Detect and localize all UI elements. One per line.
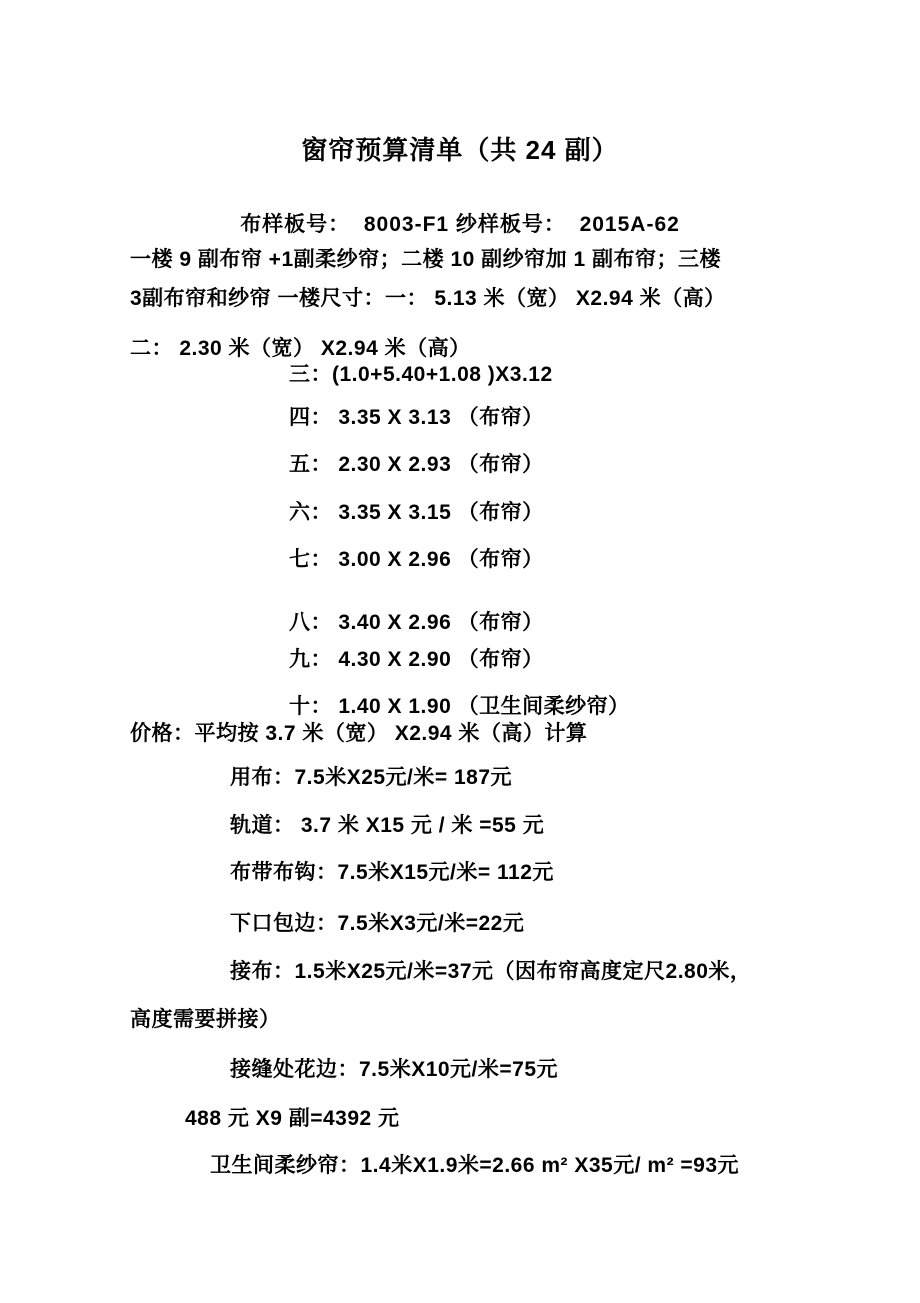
overview-line-1: 一楼 9 副布帘 +1副柔纱帘；二楼 10 副纱帘加 1 副布帘；三楼 [130,247,721,272]
overview-line-2: 3副布帘和纱帘 一楼尺寸：一： 5.13 米（宽） X2.94 米（高） [130,286,726,311]
price-bathroom-sheer: 卫生间柔纱帘：1.4米X1.9米=2.66 m² X35元/ m² =93元 [210,1153,739,1178]
price-section-header: 价格：平均按 3.7 米（宽） X2.94 米（高）计算 [130,721,587,746]
size-item-3: 三：(1.0+5.40+1.08 )X3.12 [289,362,553,387]
size-item-8: 八： 3.40 X 2.96 （布帘） [289,610,544,635]
page-title: 窗帘预算清单（共 24 副） [0,130,920,167]
price-tape-hooks: 布带布钩：7.5米X15元/米= 112元 [230,860,554,885]
size-item-6: 六： 3.35 X 3.15 （布帘） [289,500,544,525]
price-fabric: 用布：7.5米X25元/米= 187元 [230,765,512,790]
size-item-7: 七： 3.00 X 2.96 （布帘） [289,547,544,572]
size-item-2: 二： 2.30 米（宽） X2.94 米（高） [130,336,471,361]
price-joining-continued: 高度需要拼接） [130,1007,281,1032]
size-item-10: 十： 1.40 X 1.90 （卫生间柔纱帘） [289,694,630,719]
price-track: 轨道： 3.7 米 X15 元 / 米 =55 元 [230,813,544,838]
sample-board-numbers: 布样板号： 8003-F1 纱样板号： 2015A-62 [0,208,920,238]
document-page: 窗帘预算清单（共 24 副） 布样板号： 8003-F1 纱样板号： 2015A… [0,0,920,1303]
price-joining: 接布：1.5米X25元/米=37元（因布帘高度定尺2.80米， [230,959,751,984]
price-subtotal: 488 元 X9 副=4392 元 [185,1106,400,1131]
size-item-5: 五： 2.30 X 2.93 （布帘） [289,452,544,477]
size-item-4: 四： 3.35 X 3.13 （布帘） [289,405,544,430]
size-item-9: 九： 4.30 X 2.90 （布帘） [289,647,544,672]
price-lace: 接缝处花边：7.5米X10元/米=75元 [230,1057,558,1082]
price-hem: 下口包边：7.5米X3元/米=22元 [230,911,524,936]
